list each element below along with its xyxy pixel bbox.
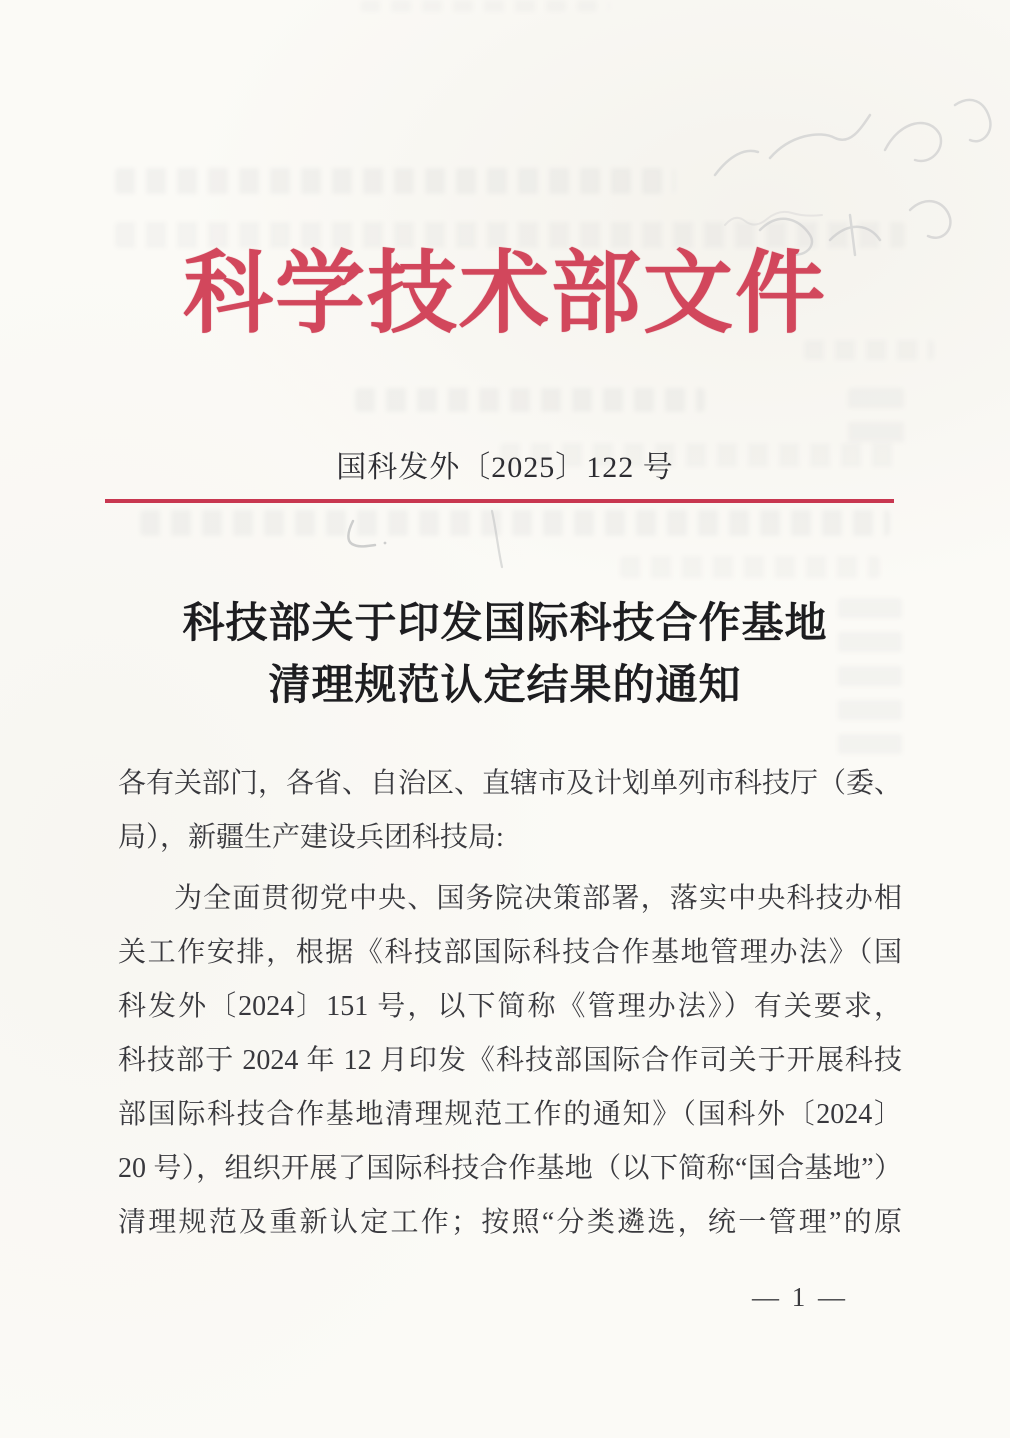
scanned-document-page: 科学技术部文件 国科发外〔2025〕122 号 科技部关于印发国际科技合作基地 … xyxy=(0,0,1010,1438)
body-line: 科技部于 2024 年 12 月印发《科技部国际合作司关于开展科技 xyxy=(118,1034,902,1088)
bleed-through-texture xyxy=(620,556,880,578)
body-line: 20 号），组织开展了国际科技合作基地（以下简称“国合基地”） xyxy=(118,1142,902,1196)
bleed-through-texture xyxy=(848,388,904,448)
body-line: 为全面贯彻党中央、国务院决策部署，落实中央科技办相 xyxy=(118,872,902,926)
document-body: 各有关部门，各省、自治区、直辖市及计划单列市科技厅（委、 局），新疆生产建设兵团… xyxy=(118,757,902,1250)
document-title-line: 科技部关于印发国际科技合作基地 xyxy=(0,592,1010,654)
document-reference-number: 国科发外〔2025〕122 号 xyxy=(0,448,1010,488)
body-line: 部国际科技合作基地清理规范工作的通知》（国科外〔2024〕 xyxy=(118,1088,902,1142)
bleed-through-texture xyxy=(140,510,890,536)
body-line: 科发外〔2024〕151 号，以下简称《管理办法》）有关要求， xyxy=(118,980,902,1034)
page-number: — 1 — xyxy=(752,1282,882,1313)
document-title-line: 清理规范认定结果的通知 xyxy=(0,654,1010,716)
bleed-through-texture xyxy=(115,168,675,194)
body-line: 清理规范及重新认定工作；按照“分类遴选，统一管理”的原 xyxy=(118,1196,902,1250)
salutation-line: 各有关部门，各省、自治区、直辖市及计划单列市科技厅（委、 xyxy=(118,757,902,811)
pencil-slash-mark xyxy=(482,505,512,575)
body-line: 关工作安排，根据《科技部国际科技合作基地管理办法》（国 xyxy=(118,926,902,980)
salutation-line: 局），新疆生产建设兵团科技局: xyxy=(118,811,902,865)
agency-letterhead-title: 科学技术部文件 xyxy=(0,243,1010,347)
pencil-check-mark xyxy=(335,515,395,560)
document-title: 科技部关于印发国际科技合作基地 清理规范认定结果的通知 xyxy=(0,592,1010,716)
bleed-through-texture xyxy=(355,388,705,412)
letterhead-divider-rule xyxy=(105,499,894,503)
pencil-annotation xyxy=(700,60,1010,260)
bleed-through-texture xyxy=(360,0,610,12)
